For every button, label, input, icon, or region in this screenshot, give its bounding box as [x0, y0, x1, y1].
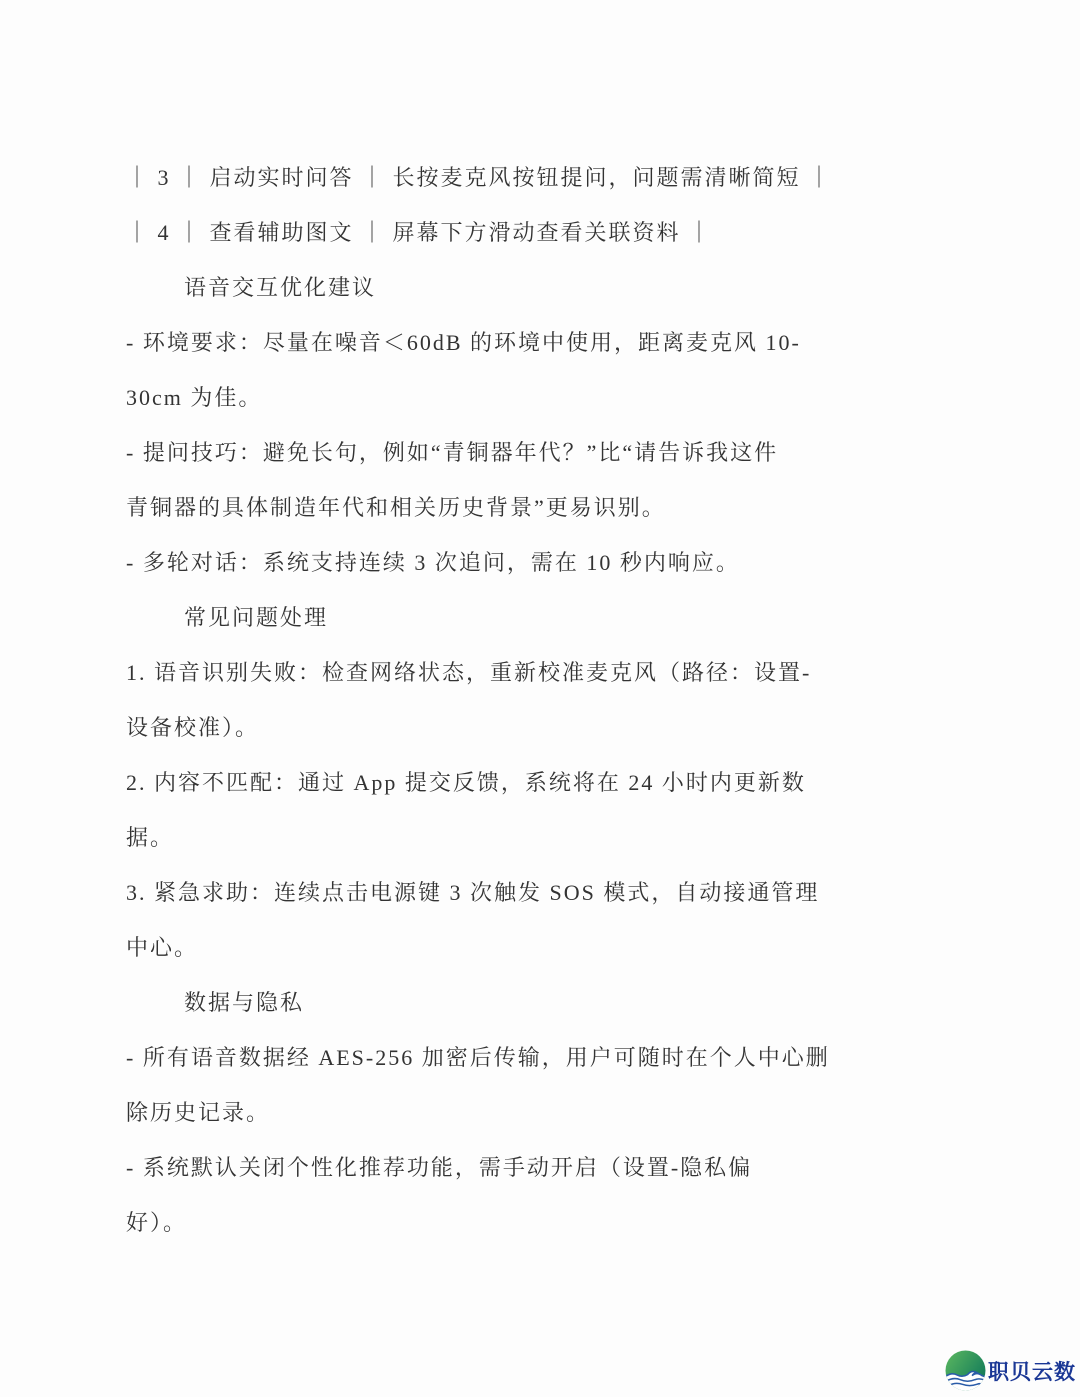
text-line: ｜ 4 ｜ 查看辅助图文 ｜ 屏幕下方滑动查看关联资料 ｜ [126, 205, 966, 260]
brand-watermark: 职贝云数 [945, 1350, 1076, 1391]
text-line: - 环境要求：尽量在噪音＜60dB 的环境中使用，距离麦克风 10- [126, 315, 966, 370]
text-line: 30cm 为佳。 [126, 370, 966, 425]
text-line: ｜ 3 ｜ 启动实时问答 ｜ 长按麦克风按钮提问，问题需清晰简短 ｜ [126, 150, 966, 205]
text-line: 青铜器的具体制造年代和相关历史背景”更易识别。 [126, 480, 966, 535]
wave-globe-icon [945, 1350, 986, 1391]
text-line: 据。 [126, 810, 966, 865]
section-heading: 语音交互优化建议 [126, 260, 966, 315]
brand-name: 职贝云数 [988, 1356, 1076, 1386]
text-line: 设备校准）。 [126, 700, 966, 755]
text-line: 除历史记录。 [126, 1085, 966, 1140]
text-line: - 提问技巧：避免长句，例如“青铜器年代？”比“请告诉我这件 [126, 425, 966, 480]
section-heading: 数据与隐私 [126, 975, 966, 1030]
text-line: - 所有语音数据经 AES-256 加密后传输，用户可随时在个人中心删 [126, 1030, 966, 1085]
text-line: 好）。 [126, 1195, 966, 1250]
text-line: 中心。 [126, 920, 966, 975]
section-heading: 常见问题处理 [126, 590, 966, 645]
text-line: 1. 语音识别失败：检查网络状态，重新校准麦克风（路径：设置- [126, 645, 966, 700]
text-line: 3. 紧急求助：连续点击电源键 3 次触发 SOS 模式，自动接通管理 [126, 865, 966, 920]
text-line: 2. 内容不匹配：通过 App 提交反馈，系统将在 24 小时内更新数 [126, 755, 966, 810]
text-line: - 多轮对话：系统支持连续 3 次追问，需在 10 秒内响应。 [126, 535, 966, 590]
document-body: ｜ 3 ｜ 启动实时问答 ｜ 长按麦克风按钮提问，问题需清晰简短 ｜｜ 4 ｜ … [126, 150, 966, 1250]
text-line: - 系统默认关闭个性化推荐功能，需手动开启（设置-隐私偏 [126, 1140, 966, 1195]
